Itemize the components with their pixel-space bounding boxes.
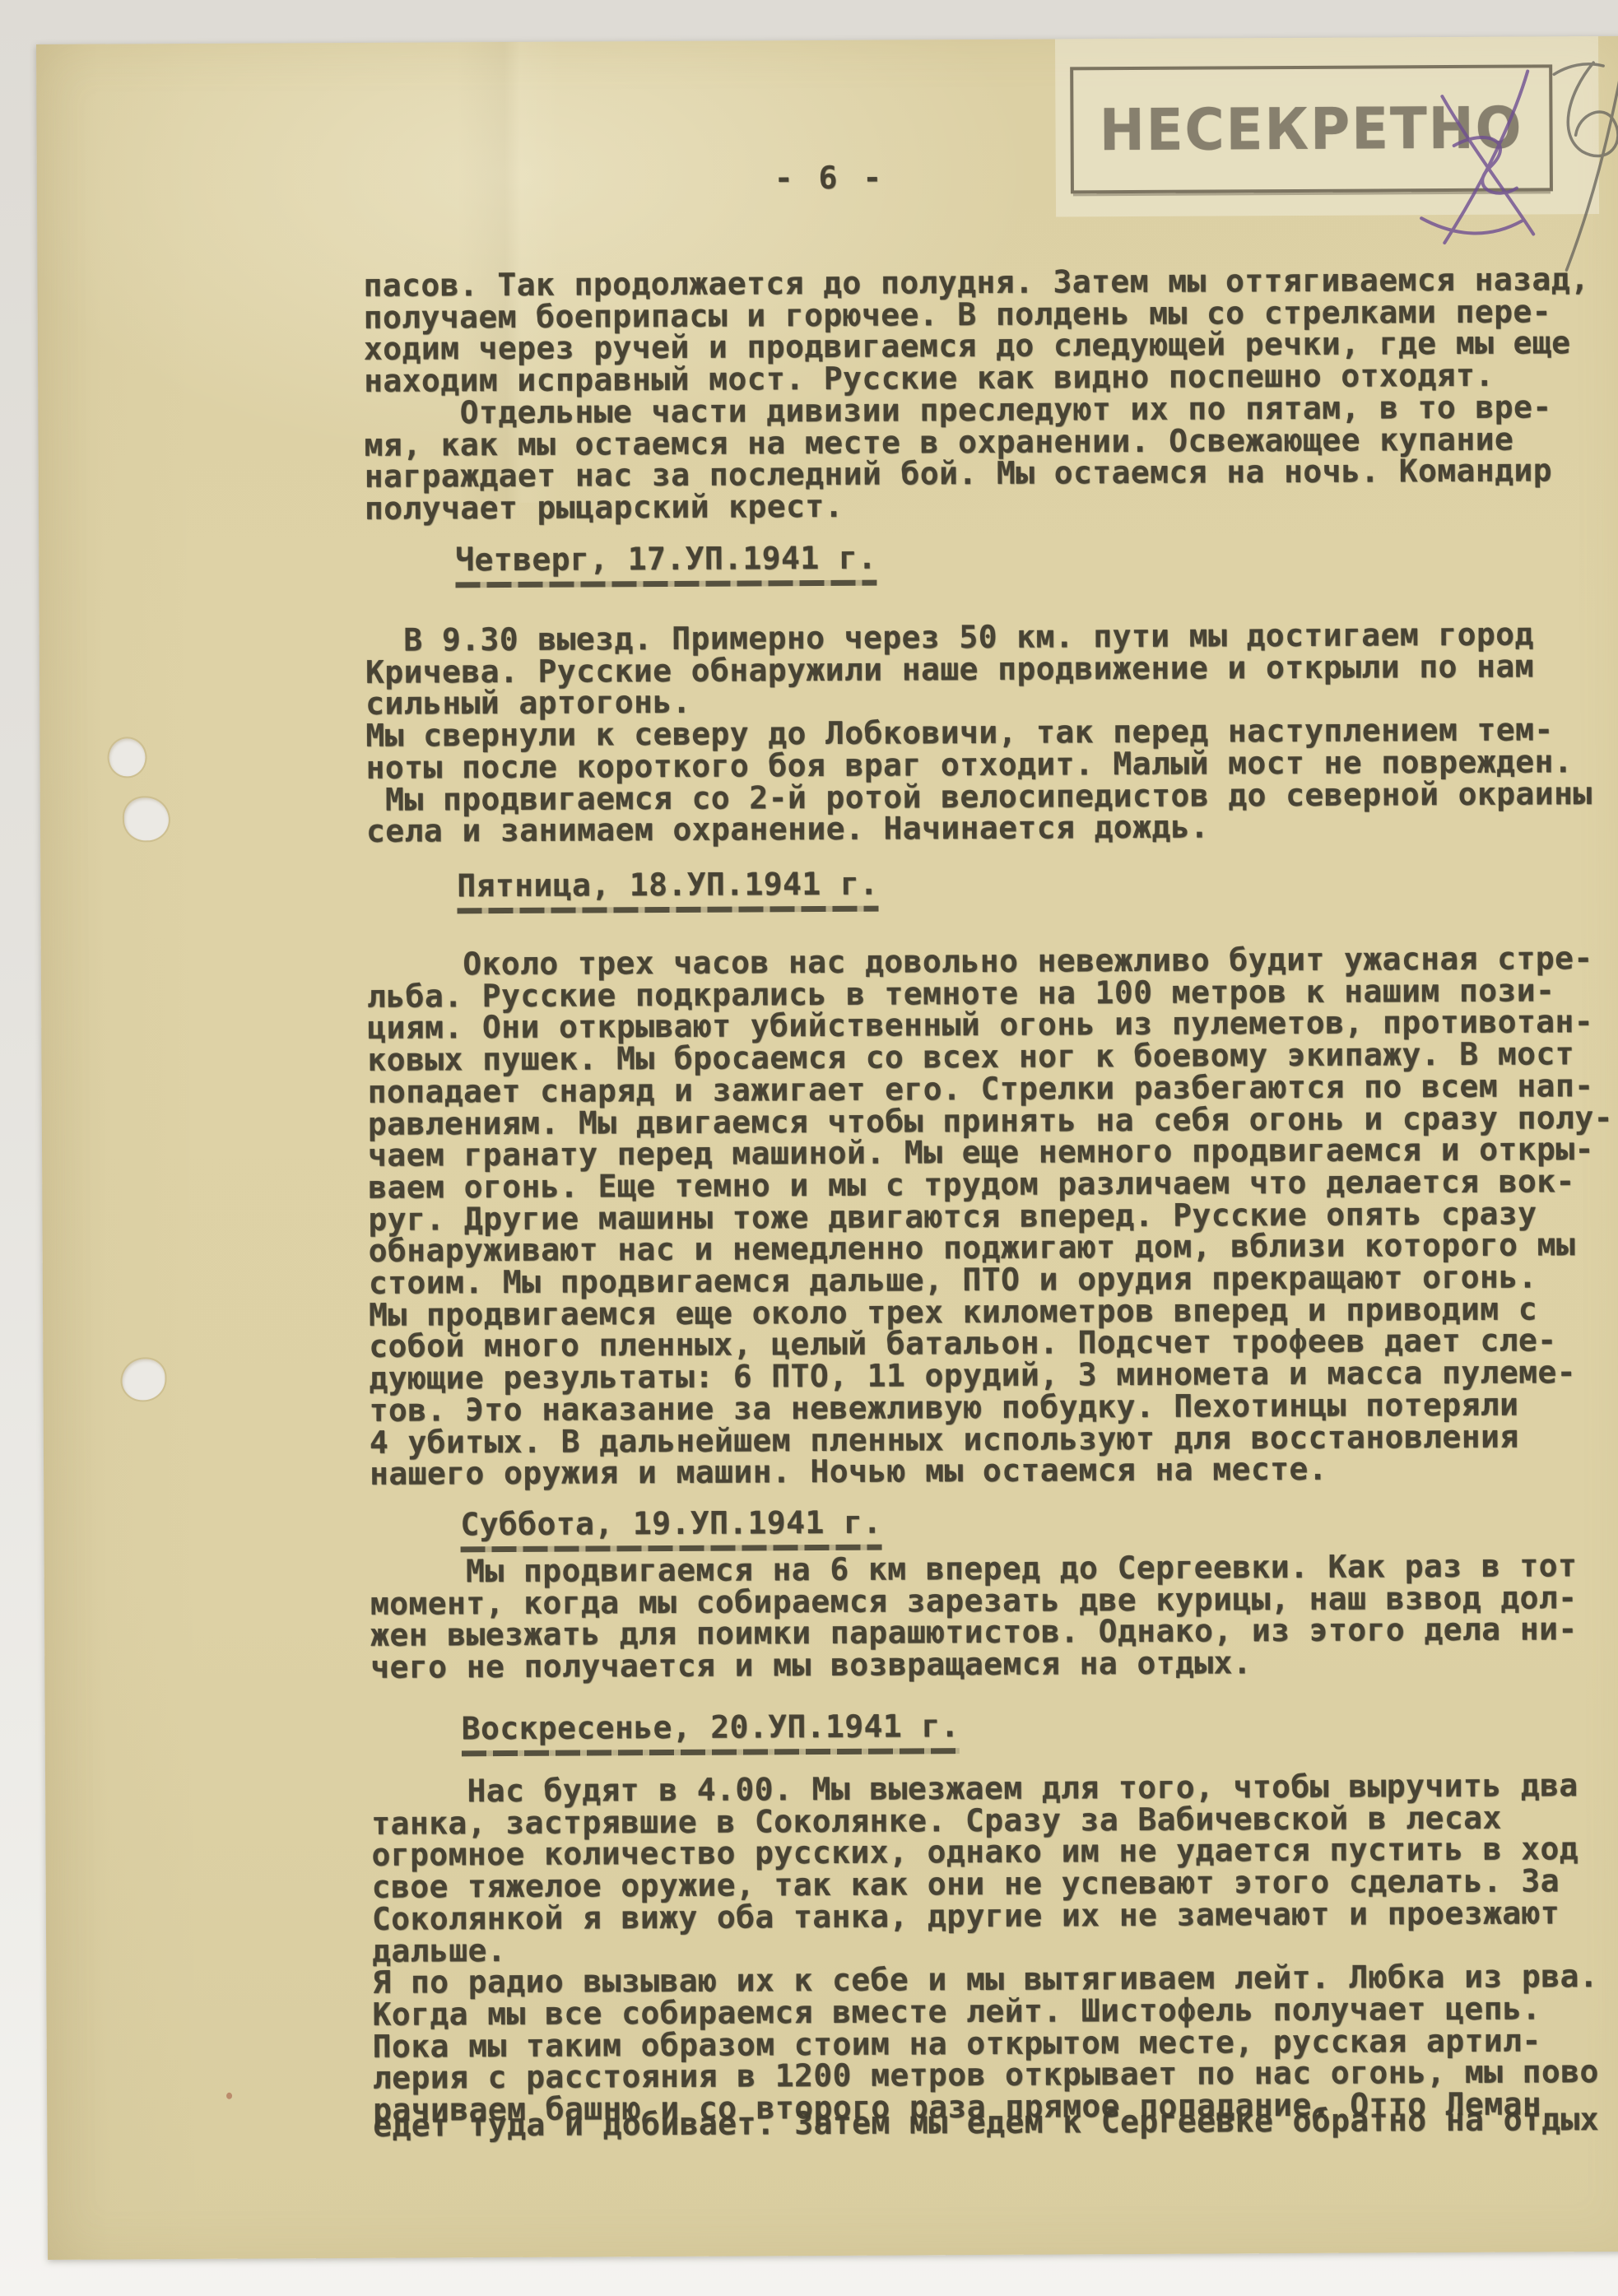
punch-hole-3 (122, 1359, 165, 1400)
page-number: - 6 - (774, 162, 886, 194)
heading-friday: Пятница, 18.УП.1941 г. (457, 868, 878, 913)
paragraph-5: Нас будят в 4.00. Мы выезжаем для того, … (371, 1769, 1618, 2126)
heading-sunday: Воскресенье, 20.УП.1941 г. (462, 1710, 960, 1756)
punch-hole-1 (109, 738, 145, 776)
scan-background: { "colors": { "paper": "#ded2a6", "ink":… (0, 0, 1618, 2296)
paper-speck (226, 2093, 232, 2099)
heading-friday-text: Пятница, 18.УП.1941 г. (457, 868, 878, 913)
page-sheet: НЕСЕКРЕТНО - 6 - пасов. Так продолжается… (36, 36, 1618, 2260)
paragraph-1: пасов. Так продолжается до полудня. Зате… (363, 263, 1618, 525)
heading-saturday: Суббота, 19.УП.1941 г. (460, 1507, 881, 1552)
heading-sunday-text: Воскресенье, 20.УП.1941 г. (462, 1710, 960, 1756)
handwriting-scribble (1320, 41, 1618, 290)
paragraph-4: Мы продвигаемся на 6 км вперед до Сергее… (370, 1550, 1618, 1684)
scribble-violet-ink (1420, 71, 1533, 243)
heading-thursday: Четверг, 17.УП.1941 г. (455, 542, 876, 588)
paragraph-5-overtyped-line: едет туда и добивает. Затем мы едем к Се… (373, 2103, 1618, 2142)
paragraph-2: В 9.30 выезд. Примерно через 50 км. пути… (365, 618, 1618, 848)
heading-saturday-text: Суббота, 19.УП.1941 г. (460, 1507, 881, 1552)
scribble-pencil (1554, 63, 1618, 270)
heading-thursday-text: Четверг, 17.УП.1941 г. (455, 542, 876, 588)
punch-hole-2 (124, 797, 169, 840)
paragraph-3: Около трех часов нас довольно невежливо … (367, 942, 1618, 1490)
